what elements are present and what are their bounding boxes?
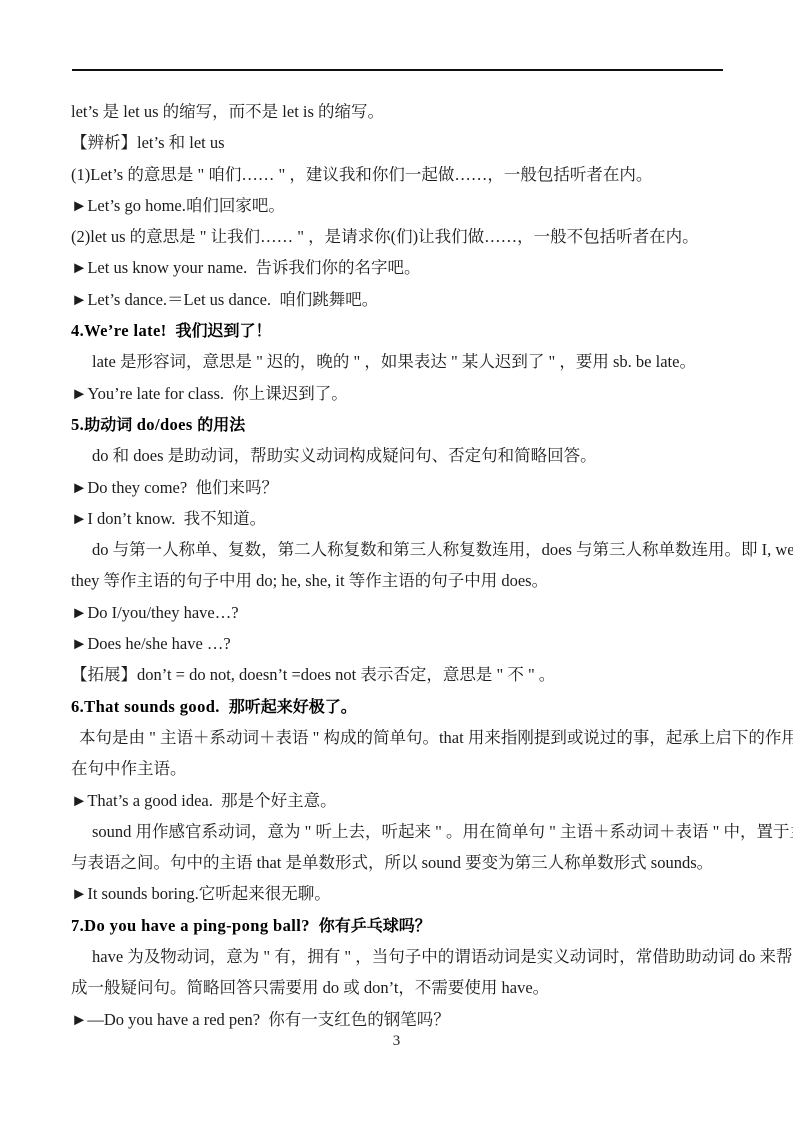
text-line: let’s 是 let us 的缩写，而不是 let is 的缩写。	[71, 96, 731, 127]
heading-chinese-text: 你有乒乓球吗？	[310, 918, 431, 935]
heading-english-text: 7.Do you have a ping-pong ball?	[71, 916, 310, 935]
text-line: (2)let us 的意思是 " 让我们…… " ，是请求你(们)让我们做……，…	[71, 221, 731, 252]
heading-chinese-text: 的用法	[197, 417, 245, 434]
text-line: they 等作主语的句子中用 do; he, she, it 等作主语的句子中用…	[71, 565, 731, 596]
heading-english-text: 6.That sounds good.	[71, 697, 220, 716]
text-line: ►I don’t know. 我不知道。	[71, 503, 731, 534]
heading-chinese-text: 助动词	[84, 417, 132, 434]
text-line: ►Does he/she have …?	[71, 628, 731, 659]
text-line: ►Do they come? 他们来吗？	[71, 472, 731, 503]
heading-english-text: 4.We’re late!	[71, 321, 167, 340]
text-line: ►Let us know your name. 告诉我们你的名字吧。	[71, 252, 731, 283]
text-line: (1)Let’s 的意思是 " 咱们…… " ，建议我和你们一起做……，一般包括…	[71, 159, 731, 190]
page-number: 3	[393, 1033, 401, 1049]
text-line: do 和 does 是助动词，帮助实义动词构成疑问句、否定句和简略回答。	[71, 440, 731, 471]
text-line: ►It sounds boring.它听起来很无聊。	[71, 878, 731, 909]
text-line: 成一般疑问句。简略回答只需要用 do 或 don’t，不需要使用 have。	[71, 972, 731, 1003]
heading-line: 6.That sounds good. 那听起来好极了。	[71, 691, 731, 722]
text-line: ►You’re late for class. 你上课迟到了。	[71, 378, 731, 409]
text-line: 在句中作主语。	[71, 753, 731, 784]
text-line: 与表语之间。句中的主语 that 是单数形式，所以 sound 要变为第三人称单…	[71, 847, 731, 878]
text-line: ►—Do you have a red pen? 你有一支红色的钢笔吗？	[71, 1004, 731, 1035]
text-line: 【拓展】don’t = do not, doesn’t =does not 表示…	[71, 659, 731, 690]
header-rule	[72, 69, 723, 71]
heading-line: 5.助动词 do/does 的用法	[71, 409, 731, 440]
text-line: late 是形容词，意思是 " 迟的，晚的 " ，如果表达 " 某人迟到了 " …	[71, 346, 731, 377]
text-line: ►Let’s go home.咱们回家吧。	[71, 190, 731, 221]
heading-chinese-text: 那听起来好极了。	[220, 699, 357, 716]
heading-line: 4.We’re late! 我们迟到了！	[71, 315, 731, 346]
text-line: ►Let’s dance.＝Let us dance. 咱们跳舞吧。	[71, 284, 731, 315]
text-line: have 为及物动词，意为 " 有，拥有 " ，当句子中的谓语动词是实义动词时，…	[71, 941, 731, 972]
text-line: 【辨析】let’s 和 let us	[71, 127, 731, 158]
text-line: 本句是由 " 主语＋系动词＋表语 " 构成的简单句。that 用来指刚提到或说过…	[71, 722, 731, 753]
page-footer: 3	[0, 1032, 793, 1050]
document-content: let’s 是 let us 的缩写，而不是 let is 的缩写。【辨析】le…	[71, 96, 731, 1035]
document-page: let’s 是 let us 的缩写，而不是 let is 的缩写。【辨析】le…	[0, 0, 793, 1122]
text-line: ►That’s a good idea. 那是个好主意。	[71, 785, 731, 816]
heading-english-text: do/does	[132, 415, 197, 434]
text-line: sound 用作感官系动词，意为 " 听上去，听起来 " 。用在简单句 " 主语…	[71, 816, 731, 847]
heading-english-text: 5.	[71, 415, 84, 434]
heading-line: 7.Do you have a ping-pong ball? 你有乒乓球吗？	[71, 910, 731, 941]
text-line: do 与第一人称单、复数，第二人称复数和第三人称复数连用，does 与第三人称单…	[71, 534, 731, 565]
text-line: ►Do I/you/they have…?	[71, 597, 731, 628]
heading-chinese-text: 我们迟到了！	[167, 323, 272, 340]
